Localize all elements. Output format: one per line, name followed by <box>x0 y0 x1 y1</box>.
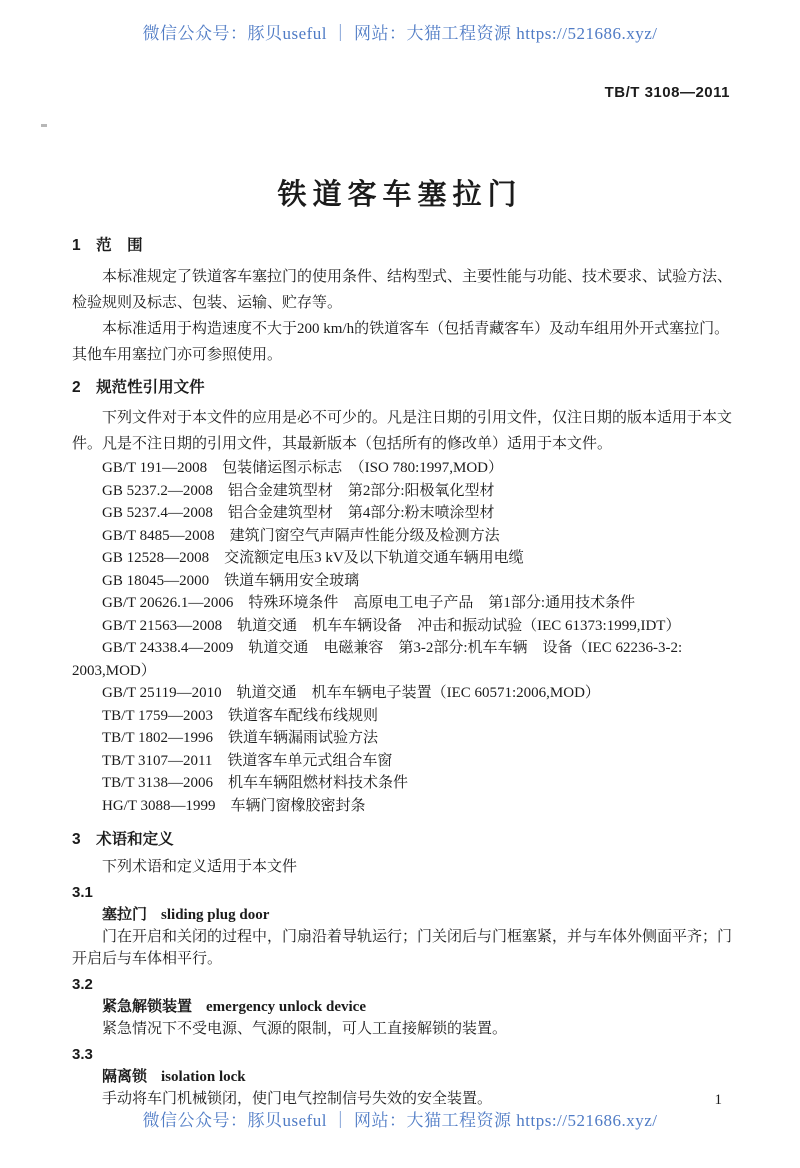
term-title: 紧急解锁装置emergency unlock device <box>72 996 738 1018</box>
term-entry: 3.3 隔离锁isolation lock 手动将车门机械锁闭，使门电气控制信号… <box>72 1044 738 1110</box>
reference-item: GB/T 191—2008 包装储运图示标志 （ISO 780:1997,MOD… <box>72 457 738 480</box>
section1-heading: 1 范 围 <box>72 235 738 256</box>
term-chinese: 隔离锁 <box>102 1068 147 1085</box>
reference-item: GB/T 21563—2008 轨道交通 机车车辆设备 冲击和振动试验（IEC … <box>72 615 738 638</box>
reference-item: GB 12528—2008 交流额定电压3 kV及以下轨道交通车辆用电缆 <box>72 547 738 570</box>
term-definition: 门在开启和关闭的过程中，门扇沿着导轨运行；门关闭后与门框塞紧，并与车体外侧面平齐… <box>72 926 738 970</box>
section2-intro: 下列文件对于本文件的应用是必不可少的。凡是注日期的引用文件，仅注日期的版本适用于… <box>72 405 738 457</box>
term-number: 3.3 <box>72 1044 738 1066</box>
section2-heading: 2 规范性引用文件 <box>72 377 738 398</box>
section1-paragraph-2: 本标准适用于构造速度不大于200 km/h的铁道客车（包括青藏客车）及动车组用外… <box>72 316 738 368</box>
term-title: 塞拉门sliding plug door <box>72 904 738 926</box>
term-chinese: 塞拉门 <box>102 906 147 923</box>
term-title: 隔离锁isolation lock <box>72 1066 738 1088</box>
term-english: isolation lock <box>161 1069 246 1085</box>
reference-item: GB 5237.2—2008 铝合金建筑型材 第2部分:阳极氧化型材 <box>72 480 738 503</box>
scan-speck <box>41 124 47 127</box>
reference-item: GB 5237.4—2008 铝合金建筑型材 第4部分:粉末喷涂型材 <box>72 502 738 525</box>
term-english: emergency unlock device <box>206 999 366 1015</box>
section3-intro: 下列术语和定义适用于本文件 <box>72 856 738 878</box>
reference-item: TB/T 1802—1996 铁道车辆漏雨试验方法 <box>72 727 738 750</box>
document-body: 1 范 围 本标准规定了铁道客车塞拉门的使用条件、结构型式、主要性能与功能、技术… <box>72 229 738 1110</box>
term-number: 3.1 <box>72 882 738 904</box>
reference-item: TB/T 1759—2003 铁道客车配线布线规则 <box>72 705 738 728</box>
term-english: sliding plug door <box>161 907 269 923</box>
reference-item: TB/T 3138—2006 机车车辆阻燃材料技术条件 <box>72 772 738 795</box>
terms-list: 3.1 塞拉门sliding plug door 门在开启和关闭的过程中，门扇沿… <box>72 882 738 1110</box>
reference-item: GB/T 20626.1—2006 特殊环境条件 高原电工电子产品 第1部分:通… <box>72 592 738 615</box>
standard-number: TB/T 3108—2011 <box>605 84 730 101</box>
document-page: 微信公众号：豚贝useful ｜ 网站：大猫工程资源 https://52168… <box>0 0 800 1168</box>
reference-item: GB/T 8485—2008 建筑门窗空气声隔声性能分级及检测方法 <box>72 525 738 548</box>
document-title: 铁道客车塞拉门 <box>0 172 800 213</box>
reference-item: GB/T 25119—2010 轨道交通 机车车辆电子装置（IEC 60571:… <box>72 682 738 705</box>
section3-heading: 3 术语和定义 <box>72 829 738 850</box>
section1-paragraph-1: 本标准规定了铁道客车塞拉门的使用条件、结构型式、主要性能与功能、技术要求、试验方… <box>72 264 738 316</box>
reference-item: GB 18045—2000 铁道车辆用安全玻璃 <box>72 570 738 593</box>
term-entry: 3.1 塞拉门sliding plug door 门在开启和关闭的过程中，门扇沿… <box>72 882 738 970</box>
reference-list: GB/T 191—2008 包装储运图示标志 （ISO 780:1997,MOD… <box>72 457 738 817</box>
watermark-bottom: 微信公众号：豚贝useful ｜ 网站：大猫工程资源 https://52168… <box>0 1106 800 1131</box>
term-chinese: 紧急解锁装置 <box>102 998 192 1015</box>
reference-item: TB/T 3107—2011 铁道客车单元式组合车窗 <box>72 750 738 773</box>
term-number: 3.2 <box>72 974 738 996</box>
watermark-top: 微信公众号：豚贝useful ｜ 网站：大猫工程资源 https://52168… <box>0 19 800 44</box>
term-definition: 紧急情况下不受电源、气源的限制，可人工直接解锁的装置。 <box>72 1018 738 1040</box>
term-entry: 3.2 紧急解锁装置emergency unlock device 紧急情况下不… <box>72 974 738 1040</box>
reference-item: GB/T 24338.4—2009 轨道交通 电磁兼容 第3-2部分:机车车辆 … <box>72 637 738 682</box>
reference-item: HG/T 3088—1999 车辆门窗橡胶密封条 <box>72 795 738 818</box>
